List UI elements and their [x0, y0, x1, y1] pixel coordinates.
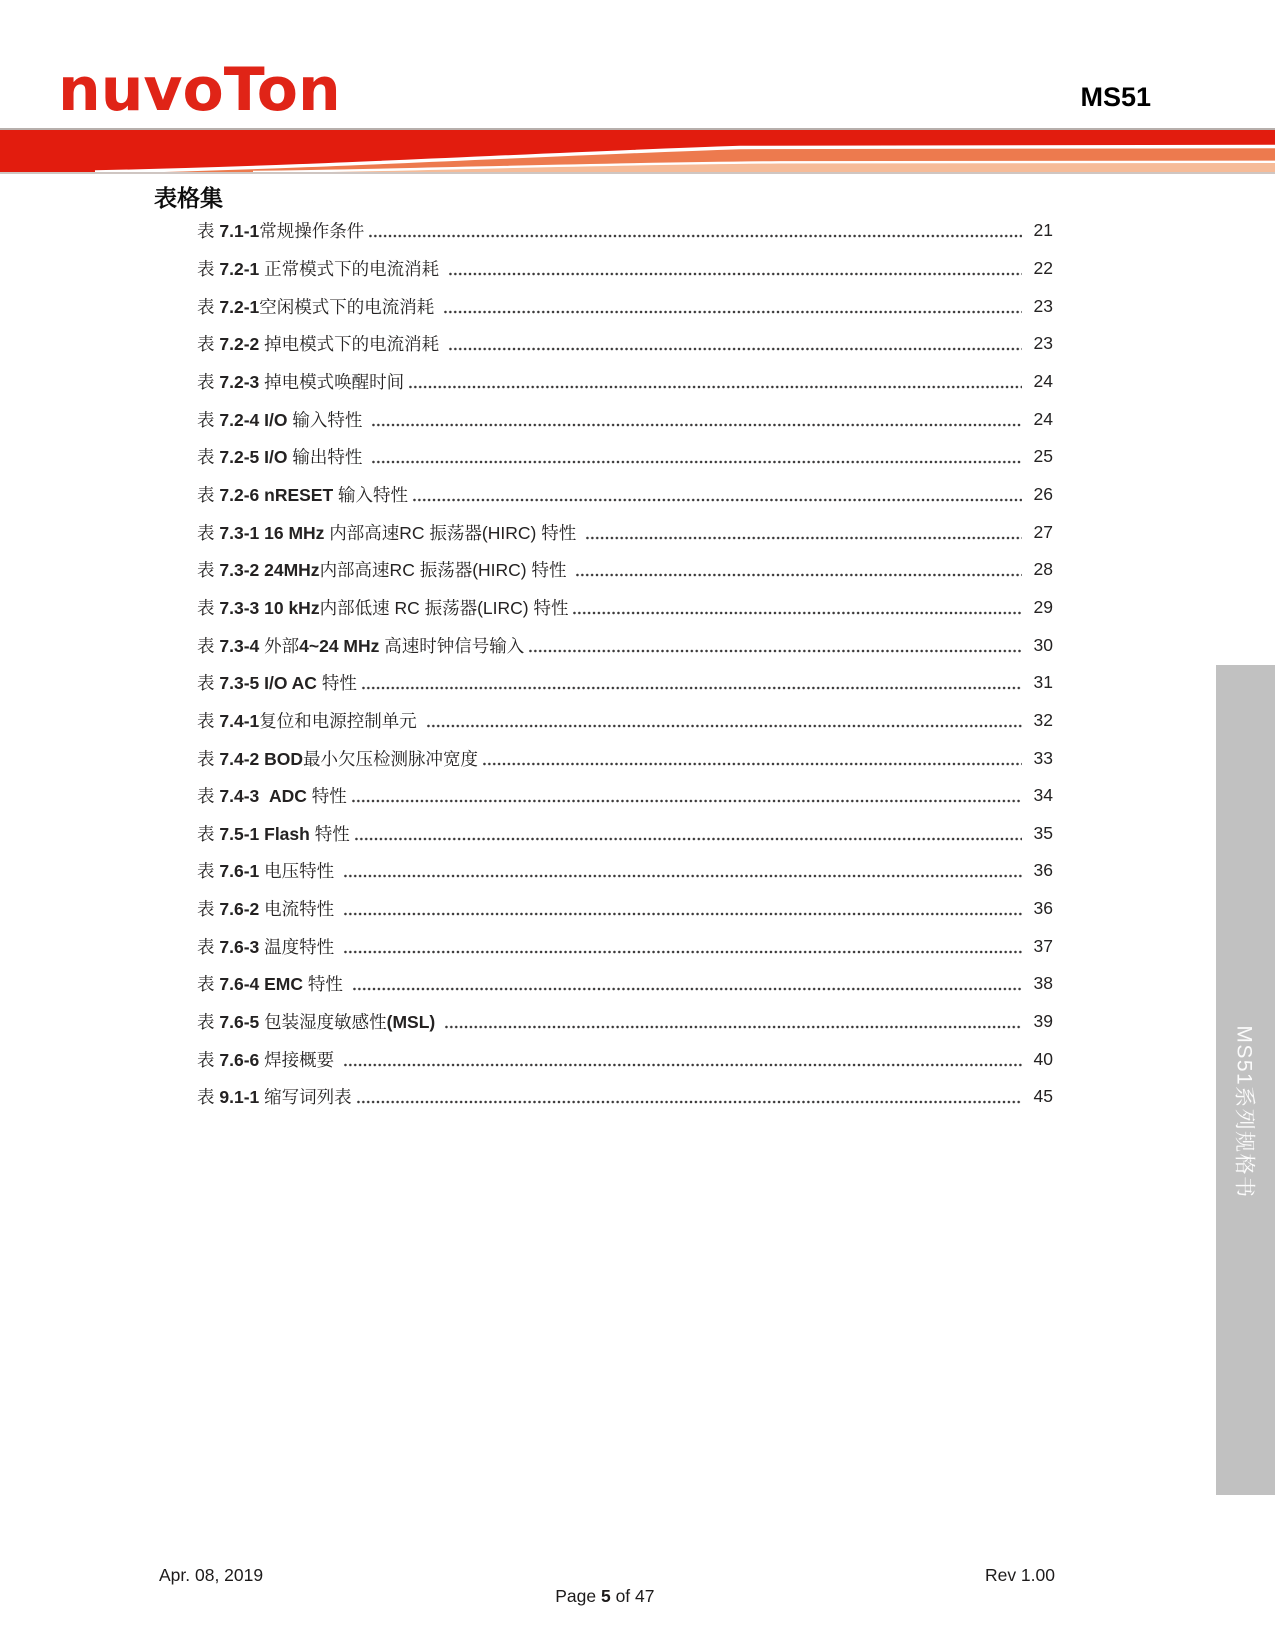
toc-dot-leader: [426, 712, 1022, 729]
toc-dot-leader: [371, 448, 1022, 465]
toc-entry-label: 表 7.1-1常规操作条件: [197, 218, 364, 243]
toc-entry[interactable]: 表 7.6-5 包装湿度敏感性(MSL) 39: [197, 1003, 1053, 1041]
toc-entry-page: 28: [1025, 559, 1053, 580]
toc-dot-leader: [351, 787, 1022, 804]
toc-entry-label: 表 7.2-6 nRESET 输入特性: [197, 482, 408, 507]
toc-dot-leader: [448, 335, 1022, 352]
toc-entry-label: 表 7.6-5 包装湿度敏感性(MSL): [197, 1009, 440, 1034]
toc-dot-leader: [343, 862, 1022, 879]
toc-entry-page: 29: [1025, 597, 1053, 618]
toc-entry-page: 27: [1025, 522, 1053, 543]
toc-dot-leader: [444, 1013, 1022, 1030]
toc-entry-page: 23: [1025, 296, 1053, 317]
toc-dot-leader: [585, 524, 1022, 541]
toc-entry-label: 表 9.1-1 缩写词列表: [197, 1084, 352, 1109]
toc-entry-label: 表 7.6-4 EMC 特性: [197, 971, 348, 996]
toc-entry[interactable]: 表 7.4-1复位和电源控制单元 32: [197, 702, 1053, 740]
footer-page-prefix: Page: [555, 1586, 601, 1606]
toc-entry-label: 表 7.2-1空闲模式下的电流消耗: [197, 294, 439, 319]
toc-dot-leader: [343, 938, 1022, 955]
toc-entry-label: 表 7.6-1 电压特性: [197, 858, 339, 883]
toc-entry[interactable]: 表 7.3-4 外部4~24 MHz 高速时钟信号输入30: [197, 626, 1053, 664]
toc-entry[interactable]: 表 7.2-1 正常模式下的电流消耗 22: [197, 250, 1053, 288]
toc-entry-page: 23: [1025, 333, 1053, 354]
toc-dot-leader: [343, 900, 1022, 917]
page-title: 表格集: [154, 180, 223, 213]
toc-dot-leader: [352, 975, 1022, 992]
toc-entry-label: 表 7.3-3 10 kHz内部低速 RC 振荡器(LIRC) 特性: [197, 595, 568, 620]
toc-entry[interactable]: 表 7.6-1 电压特性 36: [197, 852, 1053, 890]
toc-entry-page: 39: [1025, 1011, 1053, 1032]
toc-dot-leader: [528, 637, 1022, 654]
toc-entry[interactable]: 表 7.3-3 10 kHz内部低速 RC 振荡器(LIRC) 特性29: [197, 589, 1053, 627]
toc-entry-label: 表 7.3-4 外部4~24 MHz 高速时钟信号输入: [197, 633, 524, 658]
nuvoton-logo: nuvoTon: [58, 60, 341, 120]
toc-entry[interactable]: 表 7.2-6 nRESET 输入特性26: [197, 476, 1053, 514]
toc-dot-leader: [482, 750, 1022, 767]
toc-entry[interactable]: 表 7.4-3 ADC 特性34: [197, 777, 1053, 815]
toc-entry-page: 36: [1025, 860, 1053, 881]
toc-entry-label: 表 7.2-3 掉电模式唤醒时间: [197, 369, 404, 394]
sidebar-tab: MS51系列规格书: [1216, 665, 1275, 1495]
toc-entry[interactable]: 表 7.5-1 Flash 特性35: [197, 815, 1053, 853]
toc-entry-page: 30: [1025, 635, 1053, 656]
toc-entry-page: 38: [1025, 973, 1053, 994]
toc-list: 表 7.1-1常规操作条件21表 7.2-1 正常模式下的电流消耗 22表 7.…: [197, 212, 1053, 1116]
footer-revision: Rev 1.00: [985, 1565, 1055, 1586]
toc-entry-page: 21: [1025, 220, 1053, 241]
toc-entry-page: 35: [1025, 823, 1053, 844]
toc-entry-page: 24: [1025, 371, 1053, 392]
toc-entry[interactable]: 表 7.2-1空闲模式下的电流消耗 23: [197, 287, 1053, 325]
footer-page-number: 5: [601, 1586, 611, 1606]
toc-entry-page: 31: [1025, 672, 1053, 693]
toc-entry[interactable]: 表 9.1-1 缩写词列表45: [197, 1078, 1053, 1116]
toc-entry-page: 45: [1025, 1086, 1053, 1107]
toc-dot-leader: [575, 561, 1022, 578]
toc-entry-page: 36: [1025, 898, 1053, 919]
toc-entry[interactable]: 表 7.3-2 24MHz内部高速RC 振荡器(HIRC) 特性 28: [197, 551, 1053, 589]
toc-dot-leader: [371, 411, 1022, 428]
toc-entry-label: 表 7.3-1 16 MHz 内部高速RC 振荡器(HIRC) 特性: [197, 520, 581, 545]
toc-entry[interactable]: 表 7.6-3 温度特性 37: [197, 927, 1053, 965]
toc-dot-leader: [412, 486, 1022, 503]
sidebar-label: MS51系列规格书: [1231, 1025, 1261, 1198]
toc-entry-label: 表 7.4-1复位和电源控制单元: [197, 708, 422, 733]
toc-entry[interactable]: 表 7.2-5 I/O 输出特性 25: [197, 438, 1053, 476]
toc-entry[interactable]: 表 7.6-4 EMC 特性 38: [197, 965, 1053, 1003]
toc-entry[interactable]: 表 7.1-1常规操作条件21: [197, 212, 1053, 250]
toc-entry-page: 34: [1025, 785, 1053, 806]
toc-entry-label: 表 7.2-1 正常模式下的电流消耗: [197, 256, 444, 281]
header-banner: [0, 128, 1275, 174]
toc-entry[interactable]: 表 7.6-2 电流特性 36: [197, 890, 1053, 928]
toc-dot-leader: [408, 373, 1022, 390]
toc-dot-leader: [448, 260, 1022, 277]
toc-entry-page: 40: [1025, 1049, 1053, 1070]
toc-dot-leader: [368, 222, 1022, 239]
toc-entry-page: 32: [1025, 710, 1053, 731]
footer-page-suffix: of 47: [611, 1586, 655, 1606]
toc-entry-label: 表 7.4-2 BOD最小欠压检测脉冲宽度: [197, 746, 478, 771]
toc-entry[interactable]: 表 7.6-6 焊接概要 40: [197, 1040, 1053, 1078]
document-page: { "header": { "logo_text": "nuvoTon", "p…: [0, 0, 1275, 1650]
toc-dot-leader: [572, 599, 1022, 616]
toc-entry-label: 表 7.3-2 24MHz内部高速RC 振荡器(HIRC) 特性: [197, 557, 571, 582]
toc-entry-label: 表 7.6-6 焊接概要: [197, 1047, 339, 1072]
toc-entry[interactable]: 表 7.2-4 I/O 输入特性 24: [197, 400, 1053, 438]
toc-entry-label: 表 7.2-4 I/O 输入特性: [197, 407, 367, 432]
toc-entry-page: 25: [1025, 446, 1053, 467]
toc-entry-label: 表 7.6-3 温度特性: [197, 934, 339, 959]
toc-entry[interactable]: 表 7.2-2 掉电模式下的电流消耗 23: [197, 325, 1053, 363]
toc-dot-leader: [356, 1088, 1022, 1105]
toc-entry-label: 表 7.4-3 ADC 特性: [197, 783, 347, 808]
toc-dot-leader: [354, 825, 1022, 842]
toc-entry-page: 26: [1025, 484, 1053, 505]
toc-entry[interactable]: 表 7.3-5 I/O AC 特性31: [197, 664, 1053, 702]
toc-entry-page: 33: [1025, 748, 1053, 769]
toc-entry[interactable]: 表 7.3-1 16 MHz 内部高速RC 振荡器(HIRC) 特性 27: [197, 513, 1053, 551]
toc-entry-label: 表 7.2-5 I/O 输出特性: [197, 444, 367, 469]
toc-dot-leader: [343, 1051, 1022, 1068]
toc-entry-page: 37: [1025, 936, 1053, 957]
toc-entry-label: 表 7.3-5 I/O AC 特性: [197, 670, 357, 695]
toc-entry[interactable]: 表 7.4-2 BOD最小欠压检测脉冲宽度33: [197, 739, 1053, 777]
toc-dot-leader: [443, 298, 1022, 315]
toc-entry-page: 24: [1025, 409, 1053, 430]
header-banner-graphic: [0, 130, 1275, 172]
toc-entry-label: 表 7.5-1 Flash 特性: [197, 821, 350, 846]
toc-entry-page: 22: [1025, 258, 1053, 279]
product-name: MS51: [1080, 82, 1151, 113]
toc-entry-label: 表 7.2-2 掉电模式下的电流消耗: [197, 331, 444, 356]
toc-entry-label: 表 7.6-2 电流特性: [197, 896, 339, 921]
toc-entry[interactable]: 表 7.2-3 掉电模式唤醒时间24: [197, 363, 1053, 401]
toc-dot-leader: [361, 674, 1022, 691]
